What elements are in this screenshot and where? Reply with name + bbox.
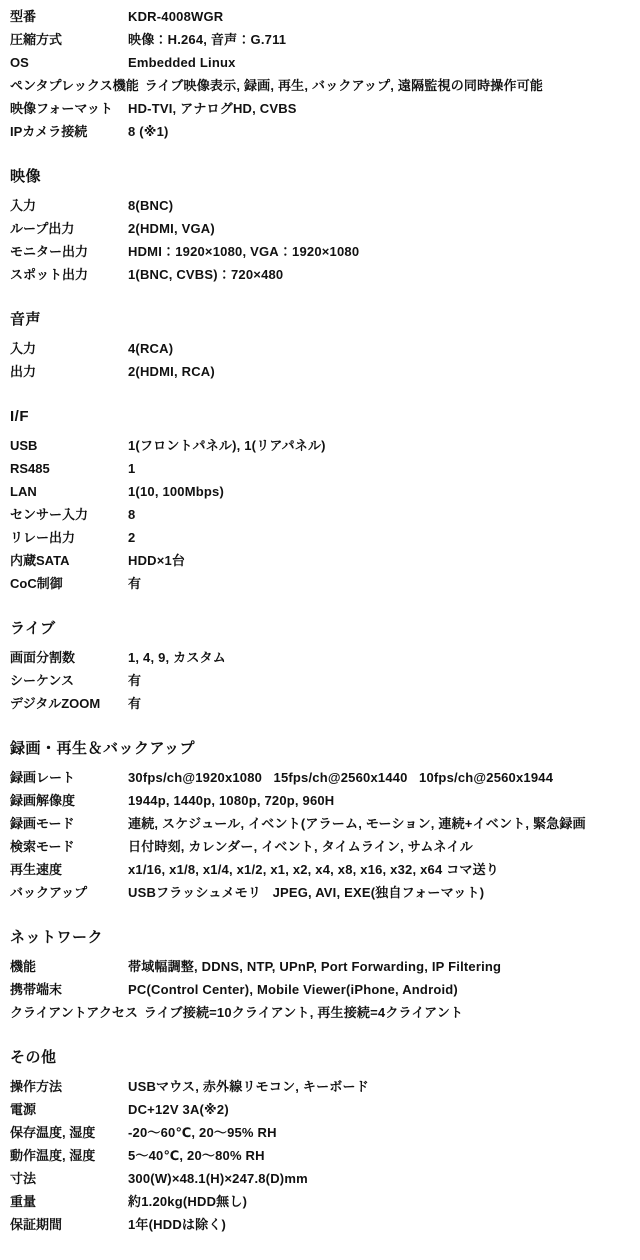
spec-label: 保証期間 [10, 1217, 128, 1233]
spec-row: 内蔵SATAHDD×1台 [10, 553, 630, 569]
spec-row: 録画レート30fps/ch@1920x1080 15fps/ch@2560x14… [10, 770, 630, 786]
spec-label: 携帯端末 [10, 982, 128, 998]
spec-value: 2(HDMI, RCA) [128, 364, 630, 380]
spec-label: 寸法 [10, 1171, 128, 1187]
spec-value: 8 [128, 507, 630, 523]
spec-label: 再生速度 [10, 862, 128, 878]
spec-label: 保存温度, 湿度 [10, 1125, 128, 1141]
spec-label: 録画モード [10, 816, 128, 832]
section-heading: ライブ [10, 619, 630, 639]
spec-label: USB [10, 438, 128, 454]
spec-value: 2 [128, 530, 630, 546]
spec-label: 入力 [10, 198, 128, 214]
spec-label: 出力 [10, 364, 128, 380]
section-heading: I/F [10, 407, 630, 427]
spec-value: 30fps/ch@1920x1080 15fps/ch@2560x1440 10… [128, 770, 630, 786]
spec-label: ループ出力 [10, 221, 128, 237]
spec-label: 電源 [10, 1102, 128, 1118]
spec-row: 重量約1.20kg(HDD無し) [10, 1194, 630, 1210]
spec-row: 操作方法USBマウス, 赤外線リモコン, キーボード [10, 1079, 630, 1095]
section-heading: 録画・再生＆バックアップ [10, 739, 630, 759]
spec-row: 録画解像度1944p, 1440p, 1080p, 720p, 960H [10, 793, 630, 809]
spec-label: 録画レート [10, 770, 128, 786]
spec-row: OSEmbedded Linux [10, 55, 630, 71]
spec-row: モニター出力HDMI：1920×1080, VGA：1920×1080 [10, 244, 630, 260]
spec-value: 1(10, 100Mbps) [128, 484, 630, 500]
spec-value: 1年(HDDは除く) [128, 1217, 630, 1233]
spec-row: 出力2(HDMI, RCA) [10, 364, 630, 380]
spec-row: 携帯端末PC(Control Center), Mobile Viewer(iP… [10, 982, 630, 998]
spec-row: リレー出力2 [10, 530, 630, 546]
spec-label: デジタルZOOM [10, 696, 128, 712]
spec-section: ネットワーク機能帯域幅調整, DDNS, NTP, UPnP, Port For… [10, 928, 630, 1021]
spec-value: 2(HDMI, VGA) [128, 221, 630, 237]
section-heading: 映像 [10, 167, 630, 187]
section-heading: その他 [10, 1048, 630, 1068]
spec-value: 帯域幅調整, DDNS, NTP, UPnP, Port Forwarding,… [128, 959, 630, 975]
spec-value: 8 (※1) [128, 124, 630, 140]
spec-value: Embedded Linux [128, 55, 630, 71]
spec-row: IPカメラ接続8 (※1) [10, 124, 630, 140]
spec-label: CoC制御 [10, 576, 128, 592]
spec-row: 保証期間1年(HDDは除く) [10, 1217, 630, 1233]
spec-value: 有 [128, 673, 630, 689]
spec-row: クライアントアクセスライブ接続=10クライアント, 再生接続=4クライアント [10, 1005, 630, 1021]
spec-label: リレー出力 [10, 530, 128, 546]
spec-label: センサー入力 [10, 507, 128, 523]
spec-value: 1, 4, 9, カスタム [128, 650, 630, 666]
spec-label: スポット出力 [10, 267, 128, 283]
spec-value: 1944p, 1440p, 1080p, 720p, 960H [128, 793, 630, 809]
spec-value: 5～40℃, 20～80% RH [128, 1148, 630, 1164]
section-heading: 音声 [10, 310, 630, 330]
spec-value: 1(BNC, CVBS)：720×480 [128, 267, 630, 283]
spec-section: 映像入力8(BNC)ループ出力2(HDMI, VGA)モニター出力HDMI：19… [10, 167, 630, 283]
spec-row: 画面分割数1, 4, 9, カスタム [10, 650, 630, 666]
spec-value: HD-TVI, アナログHD, CVBS [128, 101, 630, 117]
spec-label: モニター出力 [10, 244, 128, 260]
spec-section: 音声入力4(RCA)出力2(HDMI, RCA) [10, 310, 630, 380]
spec-section: ライブ画面分割数1, 4, 9, カスタムシーケンス有デジタルZOOM有 [10, 619, 630, 712]
spec-value: 日付時刻, カレンダー, イベント, タイムライン, サムネイル [128, 839, 630, 855]
spec-label: 圧縮方式 [10, 32, 128, 48]
spec-value: 8(BNC) [128, 198, 630, 214]
spec-label: RS485 [10, 461, 128, 477]
spec-row: シーケンス有 [10, 673, 630, 689]
spec-value: 約1.20kg(HDD無し) [128, 1194, 630, 1210]
spec-value: -20～60℃, 20～95% RH [128, 1125, 630, 1141]
spec-value: 1(フロントパネル), 1(リアパネル) [128, 438, 630, 454]
spec-label: LAN [10, 484, 128, 500]
spec-row: 録画モード連続, スケジュール, イベント(アラーム, モーション, 連続+イベ… [10, 816, 630, 832]
spec-sheet: 型番KDR-4008WGR圧縮方式映像：H.264, 音声：G.711OSEmb… [0, 0, 640, 1260]
spec-row: ペンタプレックス機能ライブ映像表示, 録画, 再生, バックアップ, 遠隔監視の… [10, 78, 630, 94]
spec-value: ライブ接続=10クライアント, 再生接続=4クライアント [144, 1005, 630, 1021]
spec-value: 連続, スケジュール, イベント(アラーム, モーション, 連続+イベント, 緊… [128, 816, 630, 832]
spec-value: 300(W)×48.1(H)×247.8(D)mm [128, 1171, 630, 1187]
spec-row: 入力4(RCA) [10, 341, 630, 357]
spec-label: 型番 [10, 9, 128, 25]
spec-label: ペンタプレックス機能 [10, 78, 145, 94]
spec-row: 動作温度, 湿度5～40℃, 20～80% RH [10, 1148, 630, 1164]
spec-label: 動作温度, 湿度 [10, 1148, 128, 1164]
spec-value: 有 [128, 696, 630, 712]
spec-row: バックアップUSBフラッシュメモリ JPEG, AVI, EXE(独自フォーマッ… [10, 885, 630, 901]
spec-value: 4(RCA) [128, 341, 630, 357]
spec-row: 映像フォーマットHD-TVI, アナログHD, CVBS [10, 101, 630, 117]
spec-value: ライブ映像表示, 録画, 再生, バックアップ, 遠隔監視の同時操作可能 [145, 78, 630, 94]
spec-value: x1/16, x1/8, x1/4, x1/2, x1, x2, x4, x8,… [128, 862, 630, 878]
spec-row: CoC制御有 [10, 576, 630, 592]
spec-row: デジタルZOOM有 [10, 696, 630, 712]
spec-row: 検索モード日付時刻, カレンダー, イベント, タイムライン, サムネイル [10, 839, 630, 855]
spec-label: シーケンス [10, 673, 128, 689]
spec-row: USB1(フロントパネル), 1(リアパネル) [10, 438, 630, 454]
spec-label: 操作方法 [10, 1079, 128, 1095]
spec-label: 機能 [10, 959, 128, 975]
spec-row: 圧縮方式映像：H.264, 音声：G.711 [10, 32, 630, 48]
spec-value: HDMI：1920×1080, VGA：1920×1080 [128, 244, 630, 260]
spec-label: 映像フォーマット [10, 101, 128, 117]
spec-value: PC(Control Center), Mobile Viewer(iPhone… [128, 982, 630, 998]
spec-label: 入力 [10, 341, 128, 357]
spec-value: HDD×1台 [128, 553, 630, 569]
spec-row: 電源DC+12V 3A(※2) [10, 1102, 630, 1118]
spec-row: スポット出力1(BNC, CVBS)：720×480 [10, 267, 630, 283]
spec-label: IPカメラ接続 [10, 124, 128, 140]
section-heading: ネットワーク [10, 928, 630, 948]
spec-section: 型番KDR-4008WGR圧縮方式映像：H.264, 音声：G.711OSEmb… [10, 9, 630, 140]
spec-section: I/FUSB1(フロントパネル), 1(リアパネル)RS4851LAN1(10,… [10, 407, 630, 592]
spec-row: 機能帯域幅調整, DDNS, NTP, UPnP, Port Forwardin… [10, 959, 630, 975]
spec-value: 有 [128, 576, 630, 592]
spec-label: 録画解像度 [10, 793, 128, 809]
spec-row: RS4851 [10, 461, 630, 477]
spec-value: DC+12V 3A(※2) [128, 1102, 630, 1118]
spec-value: 1 [128, 461, 630, 477]
spec-label: 内蔵SATA [10, 553, 128, 569]
spec-row: 型番KDR-4008WGR [10, 9, 630, 25]
spec-label: 画面分割数 [10, 650, 128, 666]
spec-label: 重量 [10, 1194, 128, 1210]
spec-row: 寸法300(W)×48.1(H)×247.8(D)mm [10, 1171, 630, 1187]
spec-label: OS [10, 55, 128, 71]
spec-row: ループ出力2(HDMI, VGA) [10, 221, 630, 237]
spec-value: USBフラッシュメモリ JPEG, AVI, EXE(独自フォーマット) [128, 885, 630, 901]
spec-row: 保存温度, 湿度-20～60℃, 20～95% RH [10, 1125, 630, 1141]
spec-label: 検索モード [10, 839, 128, 855]
spec-value: KDR-4008WGR [128, 9, 630, 25]
spec-label: バックアップ [10, 885, 128, 901]
spec-row: センサー入力8 [10, 507, 630, 523]
spec-row: 入力8(BNC) [10, 198, 630, 214]
spec-row: LAN1(10, 100Mbps) [10, 484, 630, 500]
spec-row: 再生速度x1/16, x1/8, x1/4, x1/2, x1, x2, x4,… [10, 862, 630, 878]
spec-value: USBマウス, 赤外線リモコン, キーボード [128, 1079, 630, 1095]
spec-section: その他操作方法USBマウス, 赤外線リモコン, キーボード電源DC+12V 3A… [10, 1048, 630, 1233]
spec-label: クライアントアクセス [10, 1005, 144, 1021]
spec-section: 録画・再生＆バックアップ録画レート30fps/ch@1920x1080 15fp… [10, 739, 630, 901]
spec-value: 映像：H.264, 音声：G.711 [128, 32, 630, 48]
